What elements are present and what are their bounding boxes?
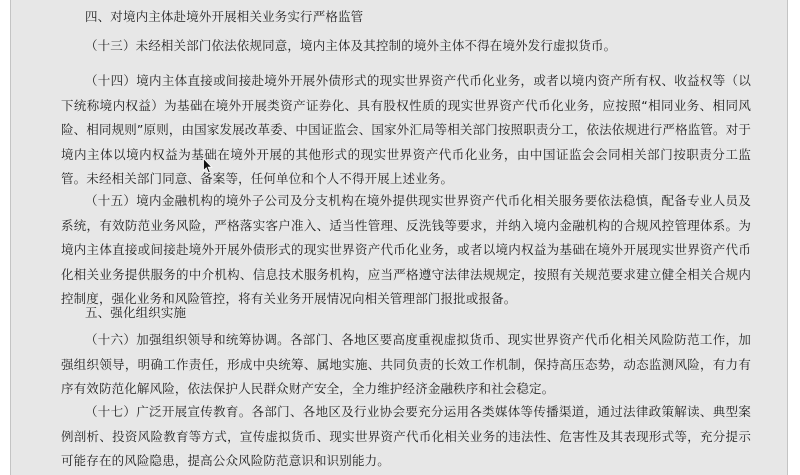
document-page: 四、对境内主体赴境外开展相关业务实行严格监管 （十三）未经相关部门依法依规同意，… [10, 0, 788, 475]
mouse-cursor-icon [203, 158, 213, 174]
section-heading-four: 四、对境内主体赴境外开展相关业务实行严格监管 [85, 8, 363, 26]
paragraph-13: （十三）未经相关部门依法依规同意，境内主体及其控制的境外主体不得在境外发行虚拟货… [61, 34, 751, 59]
paragraph-15: （十五）境内金融机构的境外子公司及分支机构在境外提供现实世界资产代币化相关服务要… [61, 189, 751, 312]
section-heading-five: 五、强化组织实施 [85, 304, 186, 322]
paragraph-14: （十四）境内主体直接或间接赴境外开展外债形式的现实世界资产代币化业务，或者以境内… [61, 69, 751, 192]
paragraph-17: （十七）广泛开展宣传教育。各部门、各地区及行业协会要充分运用各类媒体等传播渠道，… [61, 400, 751, 474]
paragraph-16: （十六）加强组织领导和统筹协调。各部门、各地区要高度重视虚拟货币、现实世界资产代… [61, 328, 751, 402]
